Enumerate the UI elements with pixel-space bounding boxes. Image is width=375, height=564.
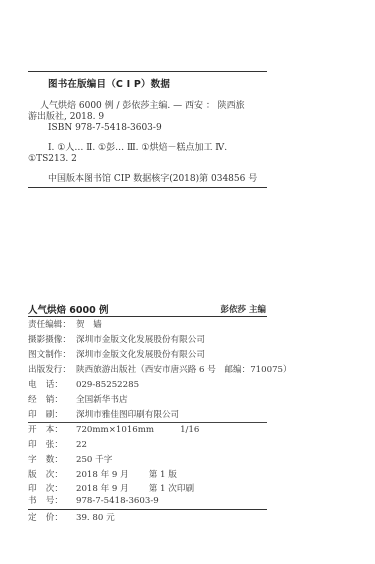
cip-heading: 图书在版编目（C I P）数据	[48, 76, 170, 90]
info-label: 图文制作：	[28, 348, 76, 362]
info-label-a: 电	[28, 378, 37, 392]
colophon-title-rule	[28, 316, 267, 317]
info-label-b: 号：	[46, 494, 63, 508]
info-label-b: 本：	[46, 423, 63, 437]
info-row-phone: 电话：029-85252285	[28, 378, 139, 392]
info-label-a: 定	[28, 511, 37, 525]
info-row-price: 定价：39. 80 元	[28, 511, 115, 525]
cip-isbn: ISBN 978-7-5418-3603-9	[48, 122, 162, 135]
book-title: 人气烘焙 6000 例	[28, 302, 109, 316]
info-value: 250 千字	[76, 455, 112, 465]
info-value: 2018 年 9 月	[76, 484, 129, 494]
info-value: 深圳市金版文化发展股份有限公司	[76, 350, 205, 360]
info-value: 贺 嫱	[76, 320, 102, 330]
info-value: 全国新华书店	[76, 395, 128, 405]
info-label-b: 刷：	[46, 408, 63, 422]
info-label-a: 印	[28, 438, 37, 452]
info-label: 责任编辑：	[28, 318, 76, 332]
info-row-format: 开本：720mm×1016mm1/16	[28, 423, 199, 437]
cip-bottom-rule	[28, 187, 267, 188]
info-label-a: 版	[28, 468, 37, 482]
info-value: 720mm×1016mm	[76, 425, 154, 435]
info-label-b: 价：	[46, 511, 63, 525]
info-value: 029-85252285	[76, 380, 139, 390]
info-value: 陕西旅游出版社（西安市唐兴路 6 号 邮编：710075）	[76, 365, 292, 375]
info-value: 深圳市雅佳图印刷有限公司	[76, 410, 179, 420]
info-value: 22	[76, 440, 87, 450]
info-value: 2018 年 9 月	[76, 470, 129, 480]
cip-library-note: 中国版本图书馆 CIP 数据核字(2018)第 034856 号	[48, 173, 257, 186]
info-row-printer: 印刷：深圳市雅佳图印刷有限公司	[28, 408, 179, 422]
cip-top-rule	[28, 71, 267, 72]
info-label-a: 开	[28, 423, 37, 437]
cip-classification-code: ①TS213. 2	[28, 153, 77, 166]
info-label-b: 数：	[46, 453, 63, 467]
info-extra: 第 1 版	[149, 468, 177, 482]
info-label-b: 次：	[46, 468, 63, 482]
info-label: 出版发行：	[28, 363, 76, 377]
book-editor: 彭依莎 主编	[221, 303, 266, 315]
info-row-edition: 版次：2018 年 9 月第 1 版	[28, 468, 177, 482]
info-label-a: 书	[28, 494, 37, 508]
info-extra: 1/16	[180, 423, 199, 437]
info-label-a: 印	[28, 408, 37, 422]
colophon-bottom-rule	[28, 509, 267, 510]
info-label: 摄影摄像：	[28, 333, 76, 347]
info-row-word-count: 字数：250 千字	[28, 453, 112, 467]
info-row-photography: 摄影摄像：深圳市金版文化发展股份有限公司	[28, 333, 205, 347]
info-row-design: 图文制作：深圳市金版文化发展股份有限公司	[28, 348, 205, 362]
info-label-b: 张：	[46, 438, 63, 452]
info-value: 39. 80 元	[76, 513, 115, 523]
info-value: 978-7-5418-3603-9	[76, 496, 159, 506]
info-label-a: 经	[28, 393, 37, 407]
info-row-isbn: 书号：978-7-5418-3603-9	[28, 494, 159, 508]
info-row-editor: 责任编辑：贺 嫱	[28, 318, 102, 332]
info-label-b: 销：	[46, 393, 63, 407]
info-row-sheets: 印张：22	[28, 438, 87, 452]
info-label-b: 话：	[46, 378, 63, 392]
info-label-a: 字	[28, 453, 37, 467]
info-value: 深圳市金版文化发展股份有限公司	[76, 335, 205, 345]
info-row-publisher: 出版发行：陕西旅游出版社（西安市唐兴路 6 号 邮编：710075）	[28, 363, 292, 377]
info-row-distribution: 经销：全国新华书店	[28, 393, 128, 407]
